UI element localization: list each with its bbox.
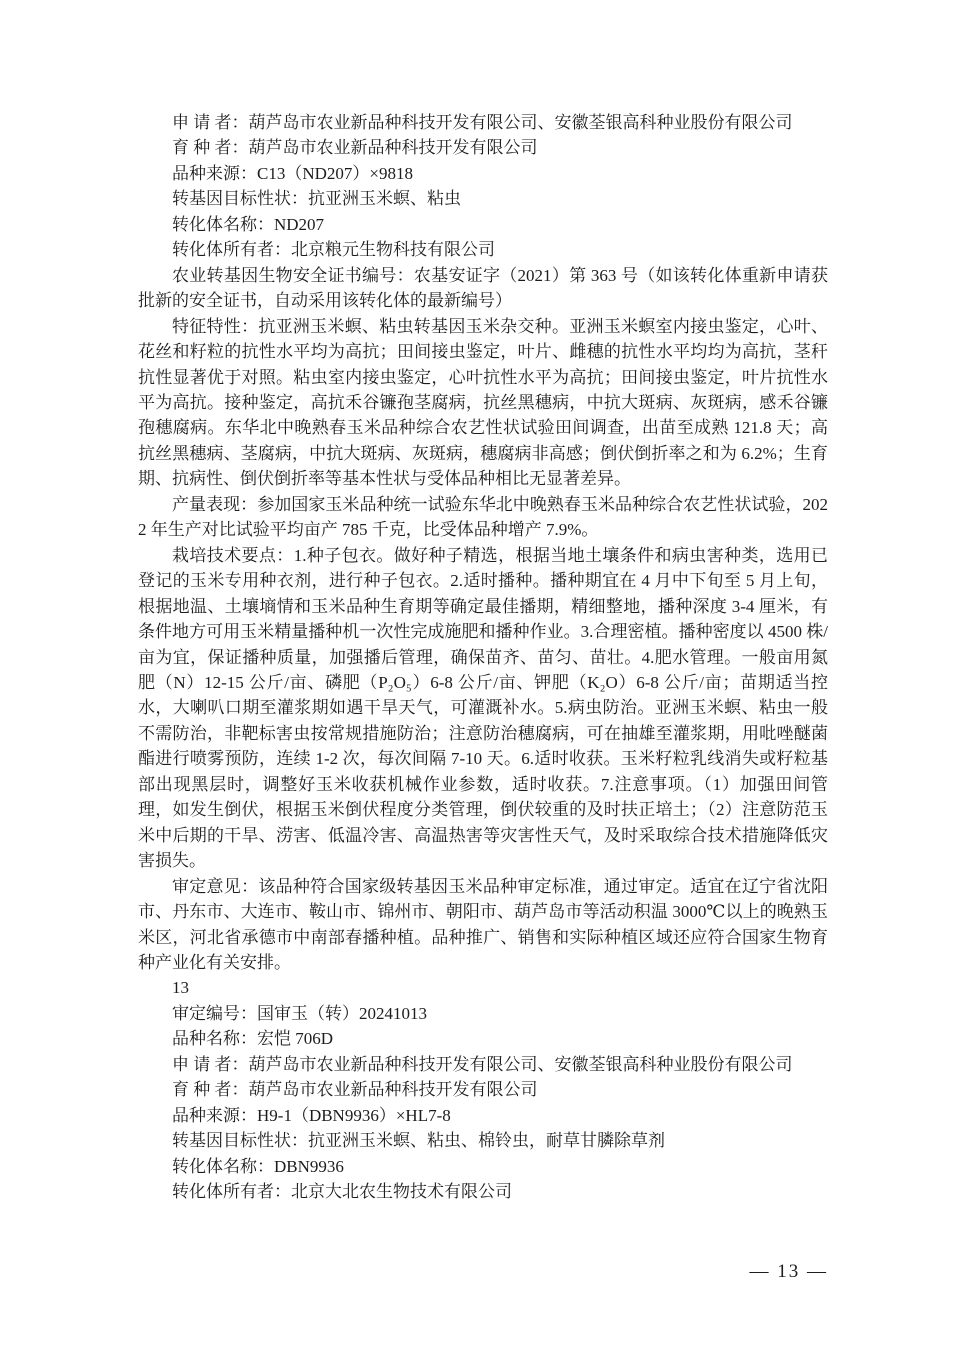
transformant-name-line-2: 转化体名称：DBN9936 (138, 1154, 828, 1179)
transformant-owner-line-2: 转化体所有者：北京大北农生物技术有限公司 (138, 1179, 828, 1204)
yield-performance-paragraph: 产量表现：参加国家玉米品种统一试验东华北中晚熟春玉米品种综合农艺性状试验，202… (138, 492, 828, 543)
document-body: 申 请 者：葫芦岛市农业新品种科技开发有限公司、安徽荃银高科种业股份有限公司 育… (138, 110, 828, 1204)
variety-source-line-2: 品种来源：H9-1（DBN9936）×HL7-8 (138, 1103, 828, 1128)
stray-page-number-line: 13 (138, 975, 828, 1000)
characteristics-paragraph: 特征特性：抗亚洲玉米螟、粘虫转基因玉米杂交种。亚洲玉米螟室内接虫鉴定，心叶、花丝… (138, 314, 828, 492)
biosafety-certificate-paragraph: 农业转基因生物安全证书编号：农基安证字（2021）第 363 号（如该转化体重新… (138, 263, 828, 314)
transgenic-trait-line: 转基因目标性状：抗亚洲玉米螟、粘虫 (138, 186, 828, 211)
variety-name-line: 品种名称：宏恺 706D (138, 1026, 828, 1051)
breeder-line-2: 育 种 者：葫芦岛市农业新品种科技开发有限公司 (138, 1077, 828, 1102)
breeder-line: 育 种 者：葫芦岛市农业新品种科技开发有限公司 (138, 135, 828, 160)
approval-number-line: 审定编号：国审玉（转）20241013 (138, 1001, 828, 1026)
variety-source-line: 品种来源：C13（ND207）×9818 (138, 161, 828, 186)
approval-opinion-paragraph: 审定意见：该品种符合国家级转基因玉米品种审定标准，通过审定。适宜在辽宁省沈阳市、… (138, 874, 828, 976)
transgenic-trait-line-2: 转基因目标性状：抗亚洲玉米螟、粘虫、棉铃虫，耐草甘膦除草剂 (138, 1128, 828, 1153)
document-page: 申 请 者：葫芦岛市农业新品种科技开发有限公司、安徽荃银高科种业股份有限公司 育… (0, 0, 960, 1358)
transformant-owner-line: 转化体所有者：北京粮元生物科技有限公司 (138, 237, 828, 262)
applicant-line-2: 申 请 者：葫芦岛市农业新品种科技开发有限公司、安徽荃银高科种业股份有限公司 (138, 1052, 828, 1077)
applicant-line: 申 请 者：葫芦岛市农业新品种科技开发有限公司、安徽荃银高科种业股份有限公司 (138, 110, 828, 135)
cultivation-techniques-paragraph: 栽培技术要点：1.种子包衣。做好种子精选，根据当地土壤条件和病虫害种类，选用已登… (138, 543, 828, 874)
page-number-footer: — 13 — (750, 1258, 829, 1286)
transformant-name-line: 转化体名称：ND207 (138, 212, 828, 237)
